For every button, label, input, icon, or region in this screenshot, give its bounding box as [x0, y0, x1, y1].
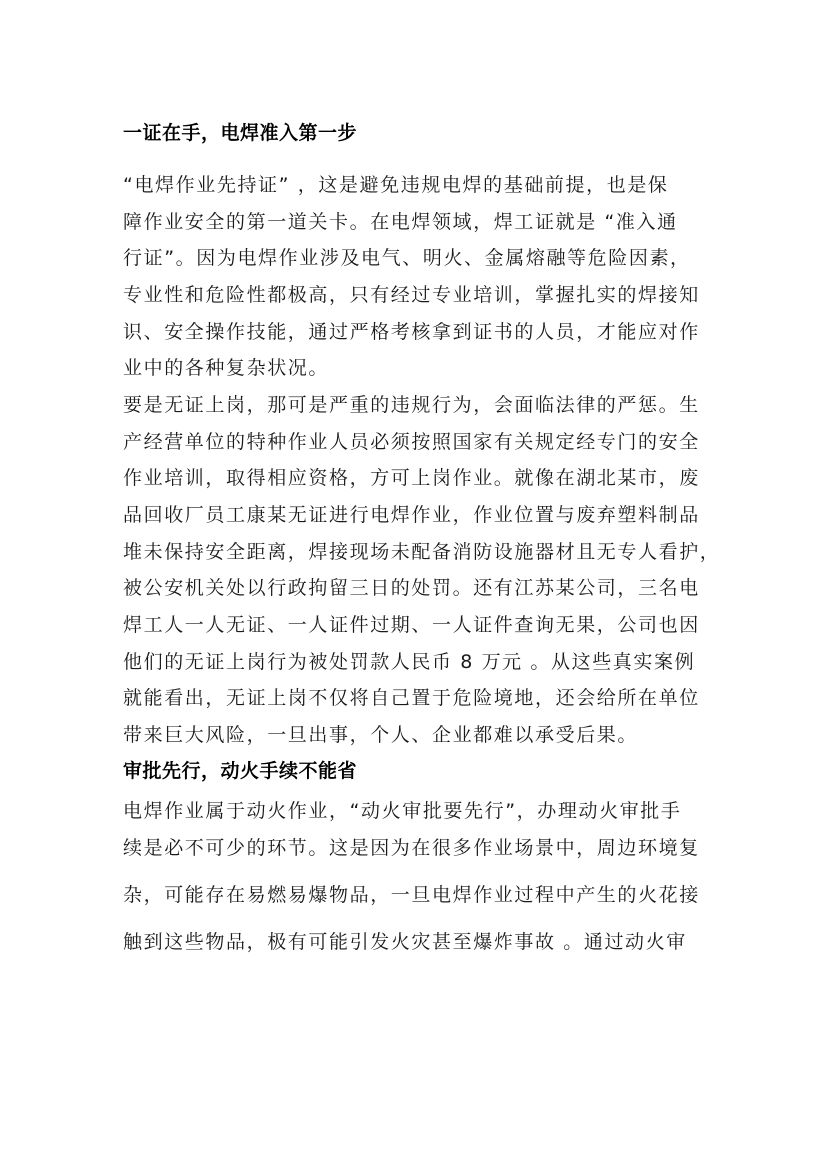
text-line: 被公安机关处以行政拘留三日的处罚。还有江苏某公司，三名电	[123, 576, 723, 600]
text-line: “电焊作业先持证” ，这是避免违规电焊的基础前提，也是保	[123, 173, 723, 197]
text-line: 触到这些物品，极有可能引发火灾甚至爆炸事故 。通过动火审	[123, 930, 723, 954]
text-line: 作业培训，取得相应资格，方可上岗作业。就像在湖北某市，废	[123, 466, 723, 490]
text-line: 专业性和危险性都极高，只有经过专业培训，掌握扎实的焊接知	[123, 283, 723, 307]
text-line: 业中的各种复杂状况。	[123, 356, 723, 380]
text-line: 要是无证上岗，那可是严重的违规行为，会面临法律的严惩。生	[123, 393, 723, 417]
text-line: 障作业安全的第一道关卡。在电焊领域，焊工证就是 “准入通	[123, 210, 723, 234]
text-line: 识、安全操作技能，通过严格考核拿到证书的人员，才能应对作	[123, 320, 723, 344]
text-line: 焊工人一人无证、一人证件过期、一人证件查询无果，公司也因	[123, 613, 723, 637]
section-heading: 审批先行，动火手续不能省	[123, 759, 723, 783]
text-line: 杂，可能存在易燃易爆物品，一旦电焊作业过程中产生的火花接	[123, 883, 723, 907]
text-line: 产经营单位的特种作业人员必须按照国家有关规定经专门的安全	[123, 430, 723, 454]
text-line: 他们的无证上岗行为被处罚款人民币 8 万元 。从这些真实案例	[123, 650, 723, 674]
text-line: 带来巨大风险，一旦出事，个人、企业都难以承受后果。	[123, 723, 723, 747]
text-line: 就能看出，无证上岗不仅将自己置于危险境地，还会给所在单位	[123, 686, 723, 710]
text-line: 品回收厂员工康某无证进行电焊作业，作业位置与废弃塑料制品	[123, 503, 723, 527]
text-line: 行证”。因为电焊作业涉及电气、明火、金属熔融等危险因素，	[123, 246, 723, 270]
document-page: 一证在手，电焊准入第一步 “电焊作业先持证” ，这是避免违规电焊的基础前提，也是…	[0, 0, 826, 1169]
text-line: 电焊作业属于动火作业，“动火审批要先行”，办理动火审批手	[123, 799, 723, 823]
text-line: 堆未保持安全距离，焊接现场未配备消防设施器材且无专人看护，	[123, 540, 723, 564]
text-line: 续是必不可少的环节。这是因为在很多作业场景中，周边环境复	[123, 836, 723, 860]
section-heading: 一证在手，电焊准入第一步	[123, 121, 723, 145]
